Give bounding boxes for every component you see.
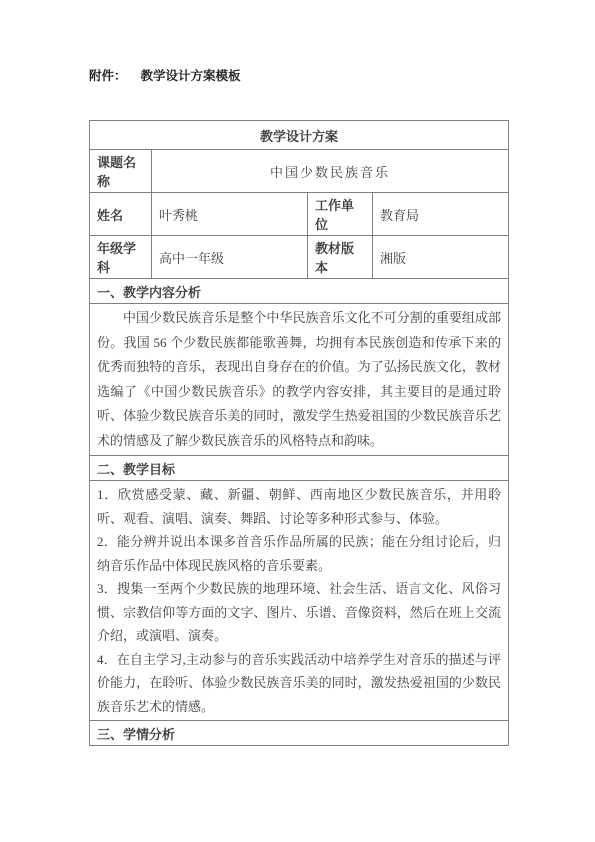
section-1-heading: 一、教学内容分析 [90, 279, 509, 304]
section-2-heading: 二、教学目标 [90, 456, 509, 481]
teaching-design-table: 教学设计方案 课题名称 中国少数民族音乐 姓名 叶秀桃 工作单位 教育局 年级学… [89, 120, 509, 746]
section-1-content-row: 中国少数民族音乐是整个中华民族音乐文化不可分割的重要组成部份。我国 56 个少数… [90, 304, 509, 456]
content-analysis-paragraph: 中国少数民族音乐是整个中华民族音乐文化不可分割的重要组成部份。我国 56 个少数… [97, 306, 501, 453]
section-3-heading: 三、学情分析 [90, 721, 509, 746]
attachment-title: 教学设计方案模板 [141, 69, 241, 83]
work-unit-label: 工作单位 [308, 193, 373, 236]
topic-value: 中国少数民族音乐 [152, 150, 509, 193]
section-1-content: 中国少数民族音乐是整个中华民族音乐文化不可分割的重要组成部份。我国 56 个少数… [90, 304, 509, 456]
table-title: 教学设计方案 [90, 121, 509, 150]
topic-row: 课题名称 中国少数民族音乐 [90, 150, 509, 193]
attachment-label: 附件： [89, 69, 127, 83]
section-2-content: 1．欣赏感受蒙、藏、新疆、朝鲜、西南地区少数民族音乐，并用聆听、观看、演唱、演奏… [90, 481, 509, 721]
info-row-name-unit: 姓名 叶秀桃 工作单位 教育局 [90, 193, 509, 236]
goal-item-4: 4．在自主学习,主动参与的音乐实践活动中培养学生对音乐的描述与评价能力，在聆听、… [97, 648, 501, 719]
attachment-header: 附件：教学设计方案模板 [89, 66, 241, 84]
table-title-row: 教学设计方案 [90, 121, 509, 150]
topic-label: 课题名称 [90, 150, 152, 193]
section-3-heading-row: 三、学情分析 [90, 721, 509, 746]
section-1-heading-row: 一、教学内容分析 [90, 279, 509, 304]
section-2-content-row: 1．欣赏感受蒙、藏、新疆、朝鲜、西南地区少数民族音乐，并用聆听、观看、演唱、演奏… [90, 481, 509, 721]
document-page: 附件：教学设计方案模板 教学设计方案 课题名称 中国少数民族音乐 姓名 叶秀桃 … [0, 0, 595, 842]
name-value: 叶秀桃 [152, 193, 308, 236]
goal-item-3: 3．搜集一至两个少数民族的地理环境、社会生活、语言文化、风俗习惯、宗教信仰等方面… [97, 577, 501, 648]
goal-item-2: 2．能分辨并说出本课多首音乐作品所属的民族；能在分组讨论后，归纳音乐作品中体现民… [97, 530, 501, 577]
grade-subject-label: 年级学科 [90, 236, 152, 279]
name-label: 姓名 [90, 193, 152, 236]
textbook-label: 教材版本 [308, 236, 373, 279]
work-unit-value: 教育局 [373, 193, 509, 236]
goal-item-1: 1．欣赏感受蒙、藏、新疆、朝鲜、西南地区少数民族音乐，并用聆听、观看、演唱、演奏… [97, 483, 501, 530]
textbook-value: 湘版 [373, 236, 509, 279]
info-row-grade-textbook: 年级学科 高中一年级 教材版本 湘版 [90, 236, 509, 279]
grade-subject-value: 高中一年级 [152, 236, 308, 279]
section-2-heading-row: 二、教学目标 [90, 456, 509, 481]
